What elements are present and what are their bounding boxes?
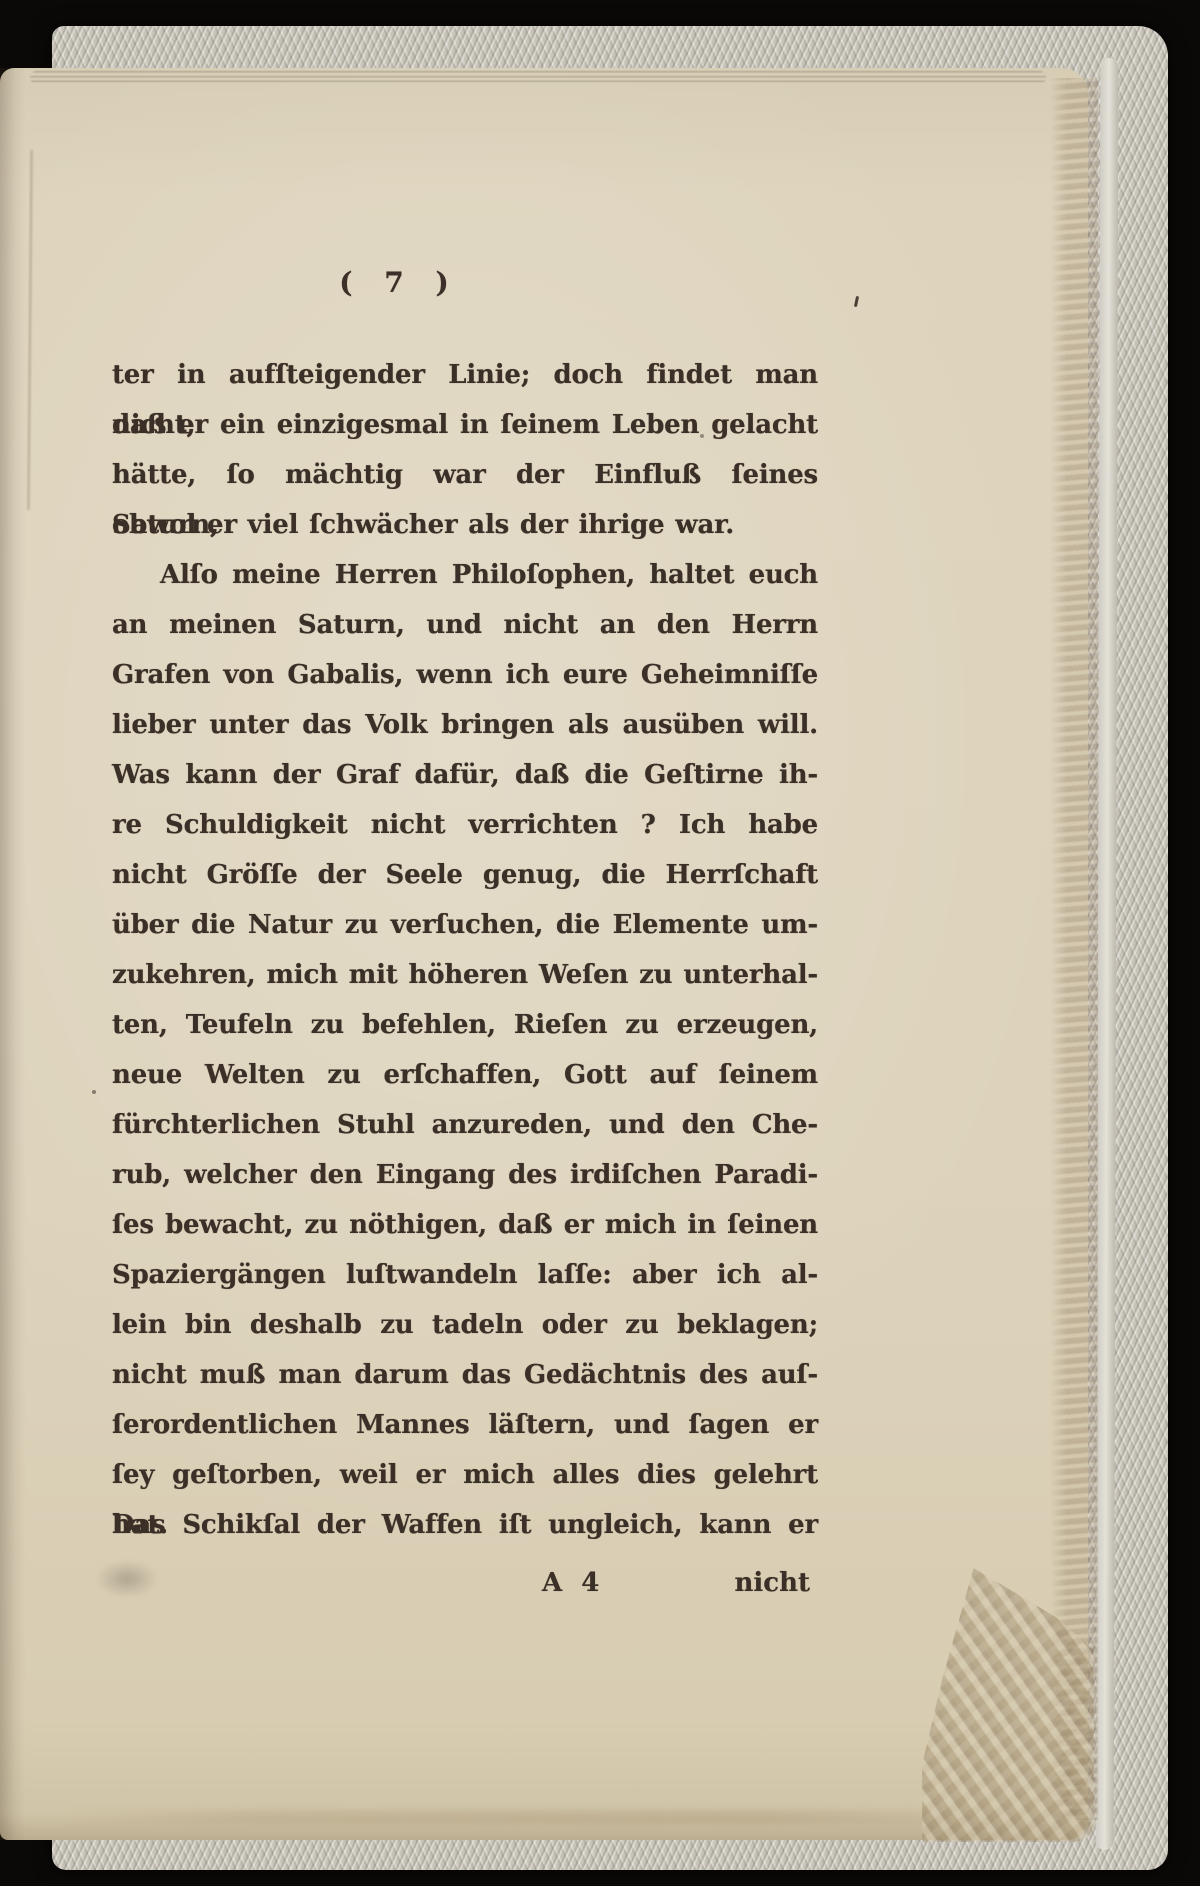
text-line: fürchterlichen Stuhl anzureden, und den … [112,1100,818,1150]
ink-speck [92,1090,96,1094]
text-line: über die Natur zu verſuchen, die Element… [112,900,818,950]
text-line: zukehren, mich mit höheren Weſen zu unte… [112,950,818,1000]
text-line: Grafen von Gabalis, wenn ich eure Geheim… [112,650,818,700]
text-line: obwol er viel ſchwächer als der ihrige w… [112,500,818,550]
text-line: lieber unter das Volk bringen als ausübe… [112,700,818,750]
text-line: re Schuldigkeit nicht verrichten ? Ich h… [112,800,818,850]
text-line: ſerordentlichen Mannes läſtern, und ſage… [112,1400,818,1450]
signature-mark: A 4 [542,1558,599,1608]
text-line: ſes bewacht, zu nöthigen, daß er mich in… [112,1200,818,1250]
body-text: ter in aufſteigender Linie; doch findet … [112,350,818,1550]
text-line: ter in aufſteigender Linie; doch findet … [112,350,818,400]
deckle-edge [1050,78,1098,1820]
text-line: daß er ein einzigesmal in ſeinem Leben g… [112,400,818,450]
text-line: rub, welcher den Eingang des irdiſchen P… [112,1150,818,1200]
text-line: an meinen Saturn, und nicht an den Herrn [112,600,818,650]
book-page: ( 7 ) ter in aufſteigender Linie; doch f… [0,68,1088,1840]
text-line: Das Schikſal der Waffen iſt ungleich, ka… [112,1500,818,1550]
page-number: ( 7 ) [112,266,678,299]
photo-backdrop: ( 7 ) ter in aufſteigender Linie; doch f… [0,0,1200,1886]
text-line: nicht muß man darum das Gedächtnis des a… [112,1350,818,1400]
text-line: Was kann der Graf dafür, daß die Geſtirn… [112,750,818,800]
catchword: nicht [734,1558,810,1608]
text-line: lein bin deshalb zu tadeln oder zu bekla… [112,1300,818,1350]
text-line: ſey geſtorben, weil er mich alles dies g… [112,1450,818,1500]
text-line: Alſo meine Herren Philoſophen, haltet eu… [112,550,818,600]
text-column: ( 7 ) ter in aufſteigender Linie; doch f… [112,68,818,1840]
gutter-shadow [0,68,26,1840]
text-line: neue Welten zu erſchaffen, Gott auf ſein… [112,1050,818,1100]
paper-crease [27,150,32,510]
ink-speck [854,296,859,307]
text-line: hätte, ſo mächtig war der Einfluß ſeines… [112,450,818,500]
signature-line: A 4 nicht [112,1558,818,1608]
text-line: Spaziergängen luſtwandeln laſſe: aber ic… [112,1250,818,1300]
text-line: ten, Teufeln zu befehlen, Rieſen zu erze… [112,1000,818,1050]
text-line: nicht Gröſſe der Seele genug, die Herrſc… [112,850,818,900]
